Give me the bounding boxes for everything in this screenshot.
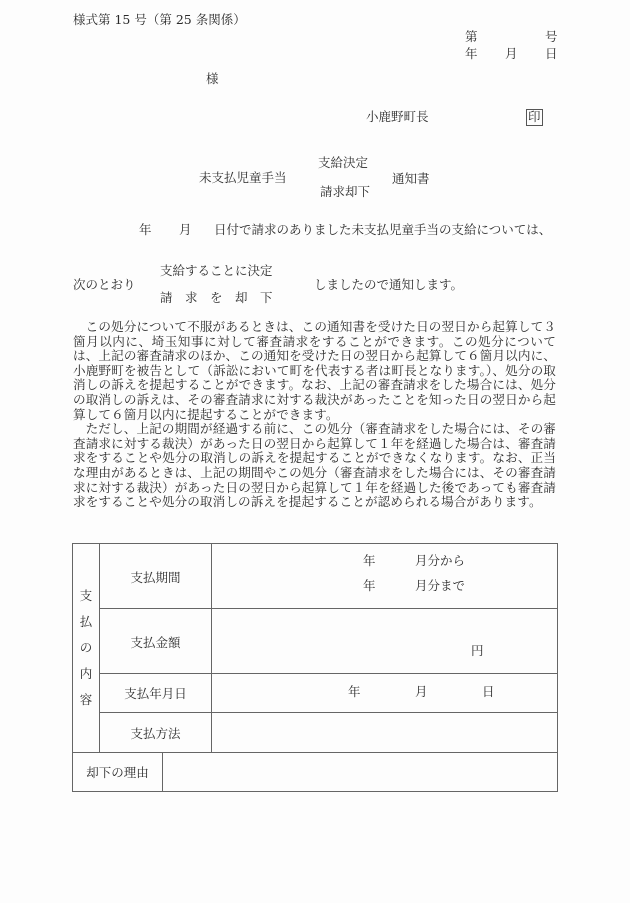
title-subject: 未支払児童手当 <box>199 172 287 185</box>
label-reject-reason: 却下の理由 <box>73 753 163 792</box>
field-payment-period[interactable]: 年 月分から 年 月分まで <box>212 544 558 609</box>
seal-mark: 印 <box>526 109 543 126</box>
payment-details-table: 支 払 の 内 容 支払期間 年 月分から 年 月分まで 支払金額 円 支払年月… <box>72 543 558 792</box>
title-option-reject: 請求却下 <box>320 186 370 199</box>
intro-month: 月 <box>179 224 192 237</box>
intro-suffix: しましたので通知します。 <box>314 279 463 292</box>
appeal-notice: この処分について不服があるときは、この通知書を受けた日の翌日から起算して３箇月以… <box>73 320 556 510</box>
table-row-amount: 支払金額 円 <box>73 609 558 674</box>
date-day: 日 <box>545 48 558 61</box>
field-reject-reason[interactable] <box>163 753 558 792</box>
form-number: 様式第 15 号（第 25 条関係） <box>73 14 246 27</box>
field-payment-method[interactable] <box>212 713 558 753</box>
group-label-payment-content: 支 払 の 内 容 <box>73 544 100 753</box>
table-row-reject-reason: 却下の理由 <box>73 753 558 792</box>
intro-option-reject: 請 求 を 却 下 <box>160 292 273 305</box>
table-row-period: 支 払 の 内 容 支払期間 年 月分から 年 月分まで <box>73 544 558 609</box>
field-payment-date[interactable]: 年 月 日 <box>212 674 558 713</box>
label-payment-amount: 支払金額 <box>100 609 212 674</box>
doc-number-prefix: 第 <box>465 31 478 44</box>
addressee-suffix: 様 <box>206 73 219 86</box>
label-payment-period: 支払期間 <box>100 544 212 609</box>
intro-option-grant: 支給することに決定 <box>160 265 273 278</box>
field-payment-amount[interactable]: 円 <box>212 609 558 674</box>
appeal-paragraph-1: この処分について不服があるときは、この通知書を受けた日の翌日から起算して３箇月以… <box>73 320 556 422</box>
yen-unit: 円 <box>471 645 484 658</box>
intro-prefix: 次のとおり <box>73 279 136 292</box>
doc-number-suffix: 号 <box>545 31 558 44</box>
title-option-grant: 支給決定 <box>318 157 368 170</box>
date-month: 月 <box>505 48 518 61</box>
table-row-method: 支払方法 <box>73 713 558 753</box>
title-doc-type: 通知書 <box>392 173 430 186</box>
date-year: 年 <box>465 48 478 61</box>
intro-text: 日付で請求のありました未支払児童手当の支給については、 <box>214 224 551 237</box>
issuer-name: 小鹿野町長 <box>366 111 429 124</box>
label-payment-date: 支払年月日 <box>100 674 212 713</box>
appeal-paragraph-2: ただし、上記の期間が経過する前に、この処分（審査請求をした場合には、その審査請求… <box>73 422 556 510</box>
label-payment-method: 支払方法 <box>100 713 212 753</box>
table-row-date: 支払年月日 年 月 日 <box>73 674 558 713</box>
intro-year: 年 <box>139 224 152 237</box>
